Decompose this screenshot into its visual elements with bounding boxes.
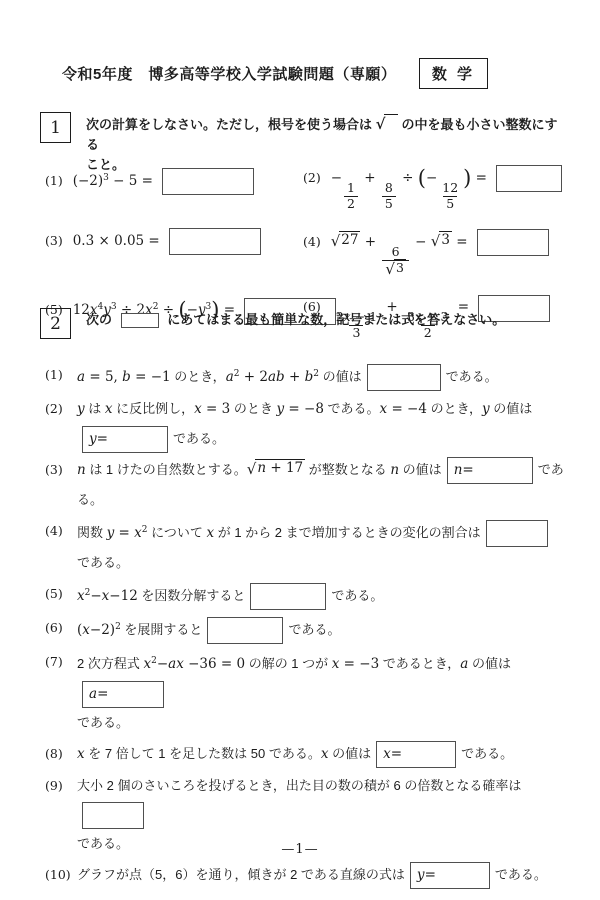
answer-box: [250, 583, 326, 610]
item-line: (x−2)2 を展開するとである。: [77, 613, 567, 645]
math-text: −2): [90, 622, 115, 638]
section2-instruction: 次の にあてはまる最も簡単な数，記号または式を答えなさい。: [86, 308, 505, 339]
item-number: (2): [45, 394, 77, 453]
page-number: —1—: [0, 842, 600, 857]
list-item: (2)y は x に反比例し，x = 3 のとき y = −8 である。x = …: [45, 394, 567, 453]
item-number: (8): [45, 739, 77, 769]
text: のとき，: [171, 369, 226, 384]
page-title: 令和5年度 博多高等学校入学試験問題（専願）: [62, 58, 396, 84]
item-line: である。: [77, 708, 567, 737]
answer-box: [207, 617, 283, 644]
answer-box: [486, 520, 548, 547]
math-variable: x: [207, 525, 215, 541]
item-line: x を 7 倍して 1 を足した数は 50 である。x の値はx =である。: [77, 739, 567, 769]
text: である。: [288, 622, 340, 637]
math-text: = −8: [284, 401, 324, 417]
subject-box: 数 学: [419, 58, 488, 89]
math-text: 3: [441, 232, 450, 248]
denominator: √3: [382, 260, 409, 278]
math-text: 5: [385, 196, 393, 211]
text: 関数: [77, 525, 107, 540]
list-item: (5)x2−x−12 を因数分解するとである。: [45, 579, 567, 611]
item-line: n は 1 けたの自然数とする。√n + 17 が整数となる n の値はn =で…: [77, 455, 567, 514]
math-variable: y: [482, 401, 490, 417]
problem: (4)√27 + 6√3 − √3 =: [303, 221, 567, 277]
math-text: =: [97, 425, 108, 454]
math-variable: n: [257, 460, 266, 476]
item-number: (6): [45, 613, 77, 645]
text: であるとき，: [379, 656, 460, 671]
item-lines: y は x に反比例し，x = 3 のとき y = −8 である。x = −4 …: [77, 394, 567, 453]
math-variable: y: [89, 425, 97, 454]
problem-number: (2): [303, 158, 321, 198]
text: が整数となる: [305, 462, 390, 477]
item-line: グラフが点（5，6）を通り，傾きが 2 である直線の式はy =である。: [77, 860, 567, 889]
list-item: (6)(x−2)2 を展開するとである。: [45, 613, 567, 645]
math-variable: x: [383, 740, 391, 769]
text: を因数分解すると: [138, 588, 246, 603]
math-text: =: [97, 680, 108, 709]
item-lines: a = 5, b = −1 のとき，a2 + 2ab + b2 の値はである。: [77, 360, 567, 392]
math-variable: x: [134, 525, 142, 541]
problem: (1)(−2)3 − 5 =: [45, 158, 297, 211]
text: にあてはまる最も簡単な数，記号または式を答えなさい。: [164, 312, 506, 327]
math-variable: b: [305, 369, 314, 385]
text: を展開すると: [121, 622, 203, 637]
math-text: =: [391, 740, 402, 769]
square-root: √3: [385, 261, 406, 278]
item-number: (3): [45, 455, 77, 514]
text: 次の計算をしなさい。ただし，根号を使う場合は: [86, 117, 376, 132]
text: の解の 1 つが: [245, 656, 332, 671]
text: 大小 2 個のさいころを投げるとき，出た目の数の積が 6 の倍数となる確率は: [77, 778, 521, 793]
math-variable: a: [226, 369, 234, 385]
math-text: −: [426, 170, 437, 186]
item-number: (1): [45, 360, 77, 392]
math-text: =: [114, 525, 134, 541]
math-text: 12: [442, 180, 458, 195]
math-text: + 2: [239, 369, 267, 385]
item-lines: x2−x−12 を因数分解するとである。: [77, 579, 567, 611]
math-text: = 3: [202, 401, 230, 417]
math-text: 1: [347, 180, 355, 195]
math-variable: x: [143, 656, 151, 672]
math-variable: b: [122, 369, 131, 385]
item-line: 関数 y = x2 について x が 1 から 2 まで増加するときの変化の割合…: [77, 516, 567, 548]
math-text: −36 = 0: [184, 656, 245, 672]
text: を 7 倍して 1 を足した数は 50 である。: [85, 746, 321, 761]
radicand: 27: [339, 231, 360, 248]
text: に反比例し，: [113, 401, 195, 416]
math-variable: x: [82, 622, 90, 638]
math-variable: n: [77, 462, 86, 478]
item-line: y =である。: [77, 424, 567, 453]
math-variable: n: [390, 462, 399, 478]
radicand: n + 17: [255, 459, 305, 476]
math-text: [386, 115, 395, 131]
list-item: (3)n は 1 けたの自然数とする。√n + 17 が整数となる n の値はn…: [45, 455, 567, 514]
numerator: 1: [344, 181, 358, 196]
math-variable: ax: [168, 656, 184, 672]
math-text: ÷: [398, 170, 418, 186]
math-text: =: [462, 456, 473, 485]
section2-header: 2 次の にあてはまる最も簡単な数，記号または式を答えなさい。: [40, 308, 565, 339]
math-variable: x: [194, 401, 202, 417]
math-variable: a: [89, 680, 97, 709]
text: である。: [495, 867, 547, 882]
math-text: −: [331, 170, 342, 186]
square-root: √27: [331, 221, 361, 262]
math-variable: y: [77, 401, 85, 417]
denominator: 5: [382, 196, 396, 212]
math-text: = 5,: [85, 369, 122, 385]
text: グラフが点（5，6）を通り，傾きが 2 である直線の式は: [77, 867, 405, 882]
math-text: − 5 =: [109, 173, 157, 189]
item-lines: 2 次方程式 x2−ax −36 = 0 の解の 1 つが x = −3 である…: [77, 647, 567, 737]
text: は: [85, 401, 105, 416]
problem-number: (3): [45, 221, 63, 261]
math-text: + 17: [266, 460, 303, 476]
text: について: [148, 525, 207, 540]
text: の値は: [319, 369, 362, 384]
answer-box: x =: [376, 741, 456, 768]
radicand: 3: [439, 231, 452, 248]
math-text: −: [411, 234, 431, 250]
math-text: =: [425, 861, 436, 890]
fraction: 85: [382, 181, 396, 211]
text: は 1 けたの自然数とする。: [86, 462, 247, 477]
math-text: 3: [396, 260, 404, 275]
text: が 1 から 2 まで増加するときの変化の割合は: [214, 525, 481, 540]
problem: (3)0.3 × 0.05 =: [45, 221, 297, 277]
fraction: 125: [439, 181, 461, 211]
answer-box: n =: [447, 457, 533, 484]
denominator: 5: [443, 196, 457, 212]
text: の値は: [399, 462, 442, 477]
item-line: 大小 2 個のさいころを投げるとき，出た目の数の積が 6 の倍数となる確率は: [77, 771, 567, 829]
list-item: (7)2 次方程式 x2−ax −36 = 0 の解の 1 つが x = −3 …: [45, 647, 567, 737]
answer-box: [496, 165, 562, 192]
math-text: 8: [385, 180, 393, 195]
instruction-line: 次の計算をしなさい。ただし，根号を使う場合は √ の中を最も小さい整数にする: [86, 114, 565, 155]
section2-items: (1)a = 5, b = −1 のとき，a2 + 2ab + b2 の値はであ…: [45, 360, 567, 891]
text: の値は: [490, 401, 533, 416]
text: の値は: [468, 656, 511, 671]
text: である。: [324, 401, 380, 416]
math-variable: ab: [268, 369, 285, 385]
radicand: [384, 114, 397, 131]
item-lines: グラフが点（5，6）を通り，傾きが 2 である直線の式はy =である。: [77, 860, 567, 889]
numerator: 6: [389, 245, 403, 260]
math-text: 5: [446, 196, 454, 211]
math-text: 0.3 × 0.05 =: [73, 233, 164, 249]
item-number: (7): [45, 647, 77, 737]
math-text: 27: [341, 232, 358, 248]
answer-box: y =: [82, 426, 168, 453]
square-root: √n + 17: [247, 455, 305, 484]
list-item: (4)関数 y = x2 について x が 1 から 2 まで増加するときの変化…: [45, 516, 567, 577]
section2-number-box: 2: [40, 308, 71, 339]
answer-box: [169, 228, 261, 255]
item-lines: (x−2)2 を展開するとである。: [77, 613, 567, 645]
answer-box: y =: [410, 862, 490, 889]
item-line: x2−x−12 を因数分解するとである。: [77, 579, 567, 611]
math-text: =: [471, 170, 491, 186]
answer-box: [477, 229, 549, 256]
math-text: 6: [392, 244, 400, 259]
math-variable: x: [77, 746, 85, 762]
item-line: y は x に反比例し，x = 3 のとき y = −8 である。x = −4 …: [77, 394, 567, 424]
math-text: = −4: [387, 401, 427, 417]
math-text: 2: [347, 196, 355, 211]
math-text: +: [360, 170, 380, 186]
text: である。: [173, 431, 225, 446]
item-number: (5): [45, 579, 77, 611]
text: である。: [446, 369, 498, 384]
math-variable: n: [454, 456, 463, 485]
fraction: 6√3: [382, 245, 409, 277]
exam-page: 令和5年度 博多高等学校入学試験問題（専願） 数 学 1 次の計算をしなさい。た…: [0, 0, 600, 900]
math-text: = −3: [339, 656, 379, 672]
numerator: 12: [439, 181, 461, 196]
text: のとき，: [427, 401, 482, 416]
text: のとき: [230, 401, 276, 416]
title-row: 令和5年度 博多高等学校入学試験問題（専願） 数 学: [62, 58, 488, 89]
fraction: 12: [344, 181, 358, 211]
item-line: である。: [77, 548, 567, 577]
item-number: (10): [45, 860, 77, 889]
math-text: +: [360, 234, 380, 250]
text: の値は: [328, 746, 371, 761]
problem-number: (1): [45, 161, 63, 201]
big-paren: (: [418, 166, 426, 190]
square-root: √3: [431, 221, 452, 262]
radicand: 3: [394, 259, 406, 276]
math-text: = −1: [131, 369, 171, 385]
math-text: =: [452, 234, 472, 250]
text: である。: [77, 555, 129, 570]
math-text: (−2): [73, 173, 103, 189]
item-lines: x を 7 倍して 1 を足した数は 50 である。x の値はx =である。: [77, 739, 567, 769]
text: 2 次方程式: [77, 656, 143, 671]
math-variable: x: [77, 588, 85, 604]
answer-box: [82, 802, 144, 829]
answer-box: [121, 313, 159, 328]
math-text: −: [90, 588, 101, 604]
list-item: (10)グラフが点（5，6）を通り，傾きが 2 である直線の式はy =である。: [45, 860, 567, 889]
item-line: a = 5, b = −1 のとき，a2 + 2ab + b2 の値はである。: [77, 360, 567, 392]
numerator: 8: [382, 181, 396, 196]
item-number: (4): [45, 516, 77, 577]
subject-label: 数 学: [432, 66, 475, 83]
answer-box: [367, 364, 441, 391]
item-lines: n は 1 けたの自然数とする。√n + 17 が整数となる n の値はn =で…: [77, 455, 567, 514]
text: である。: [331, 588, 383, 603]
problem-number: (4): [303, 222, 321, 262]
text: である。: [77, 715, 129, 730]
math-text: −12: [109, 588, 138, 604]
item-lines: 関数 y = x2 について x が 1 から 2 まで増加するときの変化の割合…: [77, 516, 567, 577]
math-variable: x: [380, 401, 388, 417]
math-variable: a: [77, 369, 85, 385]
math-variable: y: [276, 401, 284, 417]
square-root: √: [376, 114, 398, 135]
math-variable: x: [105, 401, 113, 417]
text: 次の: [86, 312, 116, 327]
math-text: −: [157, 656, 168, 672]
math-variable: y: [417, 861, 425, 890]
answer-box: a=: [82, 681, 164, 708]
list-item: (1)a = 5, b = −1 のとき，a2 + 2ab + b2 の値はであ…: [45, 360, 567, 392]
problem: (2)−12 + 85 ÷ (−125) =: [303, 158, 567, 211]
item-line: 2 次方程式 x2−ax −36 = 0 の解の 1 つが x = −3 である…: [77, 647, 567, 708]
math-text: +: [285, 369, 305, 385]
section1-number-box: 1: [40, 112, 71, 143]
answer-box: [162, 168, 254, 195]
denominator: 2: [344, 196, 358, 212]
text: である。: [461, 746, 513, 761]
list-item: (8)x を 7 倍して 1 を足した数は 50 である。x の値はx =である…: [45, 739, 567, 769]
